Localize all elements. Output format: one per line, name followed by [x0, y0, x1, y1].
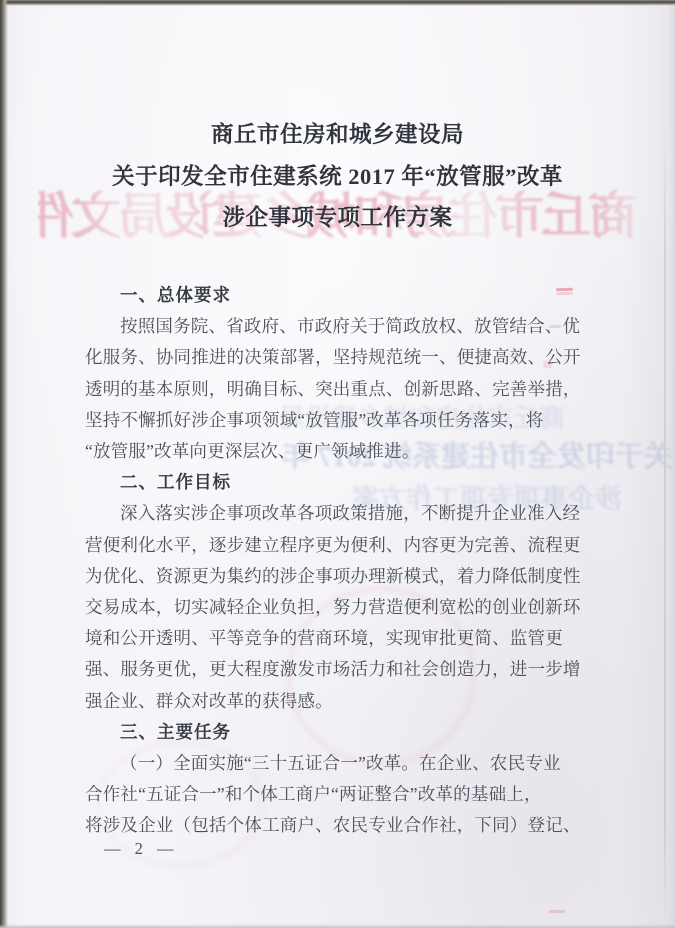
scan-edge-bottom: [0, 924, 675, 928]
scan-edge-left: [0, 0, 8, 928]
title-line-3: 涉企事项专项工作方案: [50, 197, 625, 239]
document-body: 一、总体要求 按照国务院、省政府、市政府关于简政放权、放管结合、优 化服务、协同…: [85, 280, 605, 842]
page-number: — 2 —: [104, 839, 179, 859]
section-2-heading: 二、工作目标: [85, 467, 605, 498]
scanned-document-page: 商丘市住房和城乡建设局文件 商丘市住房和城乡建设局 关于印发全市住建系统 201…: [0, 0, 675, 928]
body-line: 合作社“五证合一”和个体工商户“两证整合”改革的基础上，: [85, 779, 605, 810]
body-line: 透明的基本原则，明确目标、突出重点、创新思路、完善举措，: [85, 374, 605, 405]
body-line: 将涉及企业（包括个体工商户、农民专业合作社，下同）登记、: [85, 810, 605, 841]
body-line: 深入落实涉企事项改革各项政策措施，不断提升企业准入经: [85, 498, 605, 529]
title-line-2: 关于印发全市住建系统 2017 年“放管服”改革: [50, 156, 625, 198]
section-3-heading: 三、主要任务: [85, 717, 605, 748]
body-line: 营便利化水平，逐步建立程序更为便利、内容更为完善、流程更: [85, 530, 605, 561]
body-line: 坚持不懈抓好涉企事项领域“放管服”改革各项任务落实，将: [85, 405, 605, 436]
section-1-heading: 一、总体要求: [85, 280, 605, 311]
body-line: 化服务、协同推进的决策部署，坚持规范统一、便捷高效、公开: [85, 342, 605, 373]
paper-fold-line: [664, 130, 666, 928]
document-title: 商丘市住房和城乡建设局 关于印发全市住建系统 2017 年“放管服”改革 涉企事…: [50, 114, 625, 239]
body-line: 强企业、群众对改革的获得感。: [85, 686, 605, 717]
body-line: 交易成本，切实减轻企业负担，努力营造便利宽松的创业创新环: [85, 592, 605, 623]
body-line: 境和公开透明、平等竞争的营商环境，实现审批更简、监管更: [85, 623, 605, 654]
red-pen-mark: [549, 910, 565, 913]
body-line: “放管服”改革向更深层次、更广领域推进。: [85, 436, 605, 467]
body-line: 强、服务更优，更大程度激发市场活力和社会创造力，进一步增: [85, 654, 605, 685]
body-line: （一）全面实施“三十五证合一”改革。在企业、农民专业: [85, 748, 605, 779]
body-line: 为优化、资源更为集约的涉企事项办理新模式，着力降低制度性: [85, 561, 605, 592]
title-line-1: 商丘市住房和城乡建设局: [50, 114, 625, 156]
scan-edge-top: [0, 0, 675, 6]
body-line: 按照国务院、省政府、市政府关于简政放权、放管结合、优: [85, 311, 605, 342]
